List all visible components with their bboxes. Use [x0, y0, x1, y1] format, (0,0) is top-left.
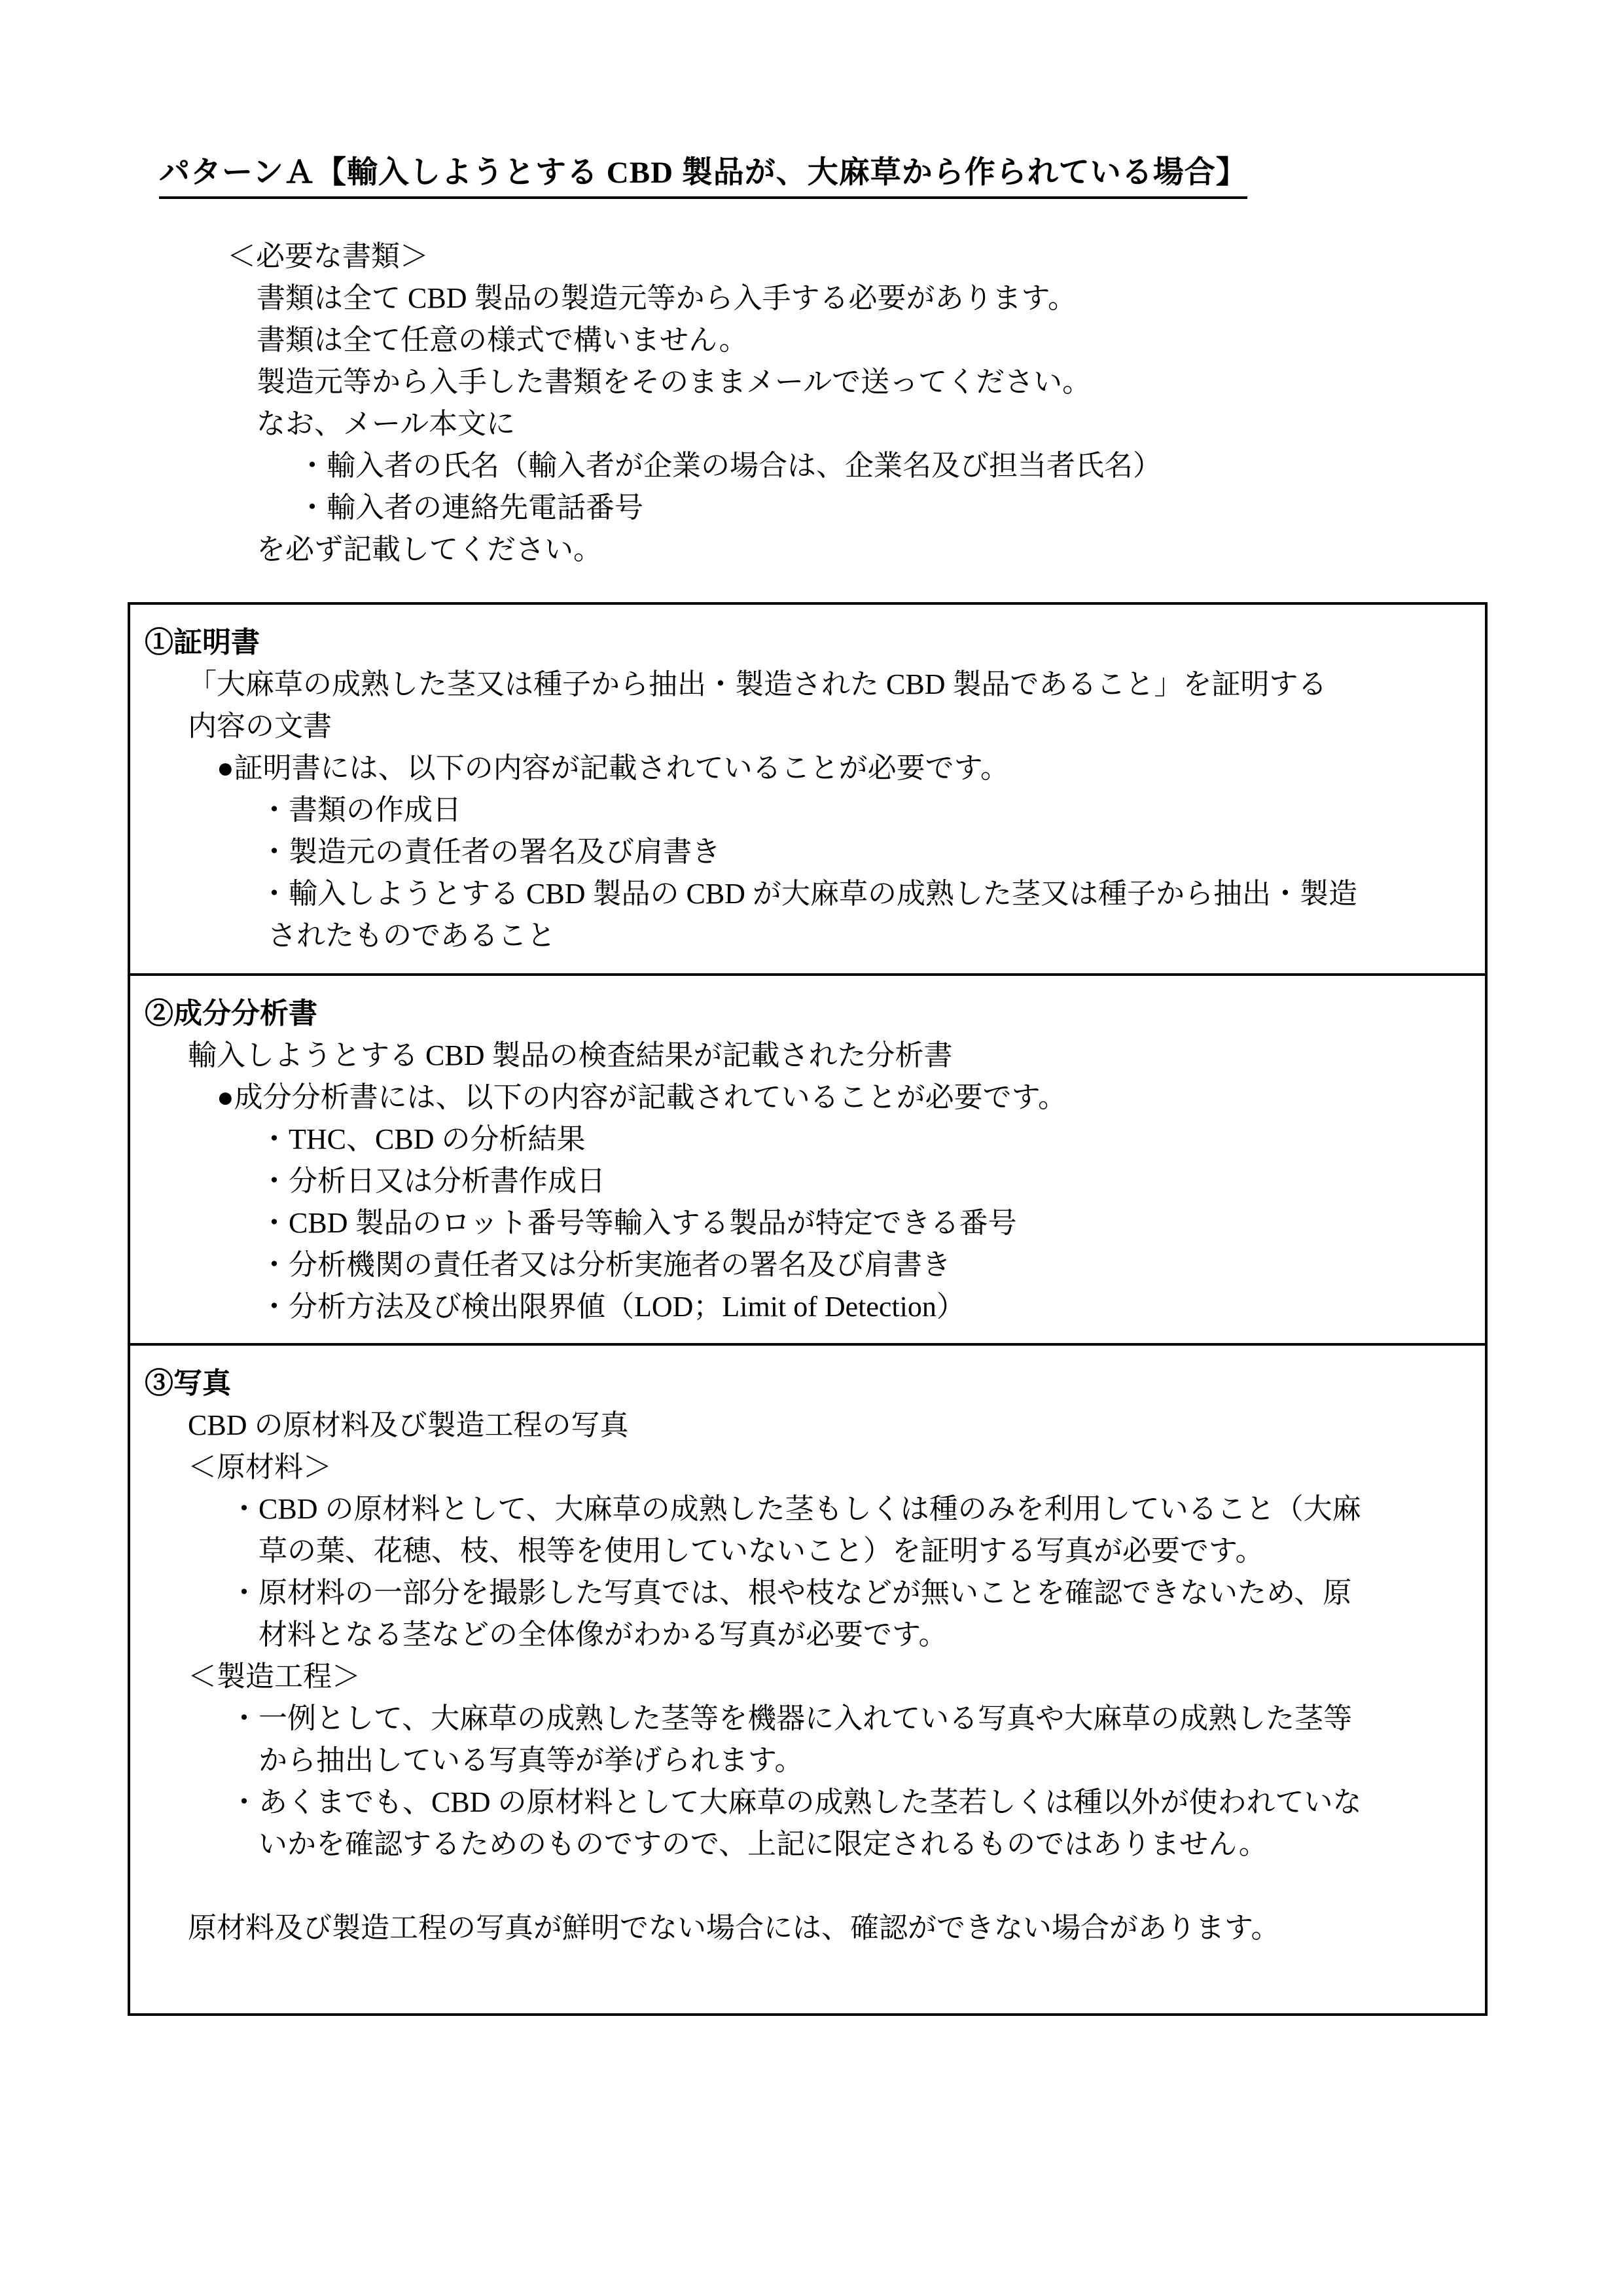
required-documents-section: ＜必要な書類＞ 書類は全て CBD 製品の製造元等から入手する必要があります。書…: [128, 236, 1495, 571]
box-analysis-report: ②成分分析書 輸入しようとする CBD 製品の検査結果が記載された分析書●成分分…: [130, 976, 1485, 1346]
text-line: ・一例として、大麻草の成熟した茎等を機器に入れている写真や大麻草の成熟した茎等: [230, 1698, 1472, 1740]
text-line: ・CBD の原材料として、大麻草の成熟した茎もしくは種のみを利用していること（大…: [230, 1488, 1472, 1530]
text-line: 製造元等から入手した書類をそのままメールで送ってください。: [257, 361, 1495, 403]
text-line: 内容の文書: [188, 706, 1472, 747]
box-photos-lines: CBD の原材料及び製造工程の写真＜原材料＞・CBD の原材料として、大麻草の成…: [130, 1405, 1472, 1949]
text-line: ・輸入しようとする CBD 製品の CBD が大麻草の成熟した茎又は種子から抽出…: [260, 873, 1472, 915]
text-line: 「大麻草の成熟した茎又は種子から抽出・製造された CBD 製品であること」を証明…: [188, 664, 1472, 706]
box-certificate-lines: 「大麻草の成熟した茎又は種子から抽出・製造された CBD 製品であること」を証明…: [130, 664, 1472, 957]
text-line: を必ず記載してください。: [257, 529, 1495, 571]
text-line: 書類は全て任意の様式で構いません。: [257, 319, 1495, 361]
text-line: されたものであること: [268, 915, 1472, 957]
text-line: CBD の原材料及び製造工程の写真: [188, 1405, 1472, 1446]
text-line: [188, 1865, 1472, 1907]
text-line: ●成分分析書には、以下の内容が記載されていることが必要です。: [217, 1077, 1472, 1119]
required-documents-lines: 書類は全て CBD 製品の製造元等から入手する必要があります。書類は全て任意の様…: [128, 278, 1495, 571]
text-line: ＜製造工程＞: [188, 1656, 1472, 1698]
text-line: 輸入しようとする CBD 製品の検査結果が記載された分析書: [188, 1035, 1472, 1077]
requirements-table: ①証明書 「大麻草の成熟した茎又は種子から抽出・製造された CBD 製品であるこ…: [128, 602, 1488, 2016]
text-line: ・分析日又は分析書作成日: [260, 1160, 1472, 1202]
text-line: ＜原材料＞: [188, 1446, 1472, 1488]
required-documents-heading: ＜必要な書類＞: [227, 236, 1495, 278]
text-line: ・製造元の責任者の署名及び肩書き: [260, 831, 1472, 873]
text-line: ・書類の作成日: [260, 789, 1472, 831]
box-photos-heading: ③写真: [145, 1363, 1472, 1405]
text-line: 原材料及び製造工程の写真が鮮明でない場合には、確認ができない場合があります。: [188, 1907, 1472, 1949]
text-line: ・分析機関の責任者又は分析実施者の署名及び肩書き: [260, 1244, 1472, 1286]
box-certificate: ①証明書 「大麻草の成熟した茎又は種子から抽出・製造された CBD 製品であるこ…: [130, 605, 1485, 976]
text-line: ・原材料の一部分を撮影した写真では、根や枝などが無いことを確認できないため、原: [230, 1572, 1472, 1614]
text-line: ●証明書には、以下の内容が記載されていることが必要です。: [217, 747, 1472, 789]
text-line: ・THC、CBD の分析結果: [260, 1119, 1472, 1160]
box-photos: ③写真 CBD の原材料及び製造工程の写真＜原材料＞・CBD の原材料として、大…: [130, 1346, 1485, 2013]
text-line: から抽出している写真等が挙げられます。: [259, 1740, 1472, 1782]
text-line: ・輸入者の氏名（輸入者が企業の場合は、企業名及び担当者氏名）: [298, 445, 1495, 487]
box-certificate-heading: ①証明書: [145, 622, 1472, 664]
box-analysis-report-heading: ②成分分析書: [145, 993, 1472, 1035]
text-line: ・輸入者の連絡先電話番号: [298, 487, 1495, 529]
document-page: パターンＡ【輸入しようとする CBD 製品が、大麻草から作られている場合】 ＜必…: [0, 0, 1623, 2296]
page-title: パターンＡ【輸入しようとする CBD 製品が、大麻草から作られている場合】: [159, 153, 1247, 199]
box-analysis-report-lines: 輸入しようとする CBD 製品の検査結果が記載された分析書●成分分析書には、以下…: [130, 1035, 1472, 1328]
text-line: いかを確認するためのものですので、上記に限定されるものではありません。: [259, 1823, 1472, 1865]
text-line: ・あくまでも、CBD の原材料として大麻草の成熟した茎若しくは種以外が使われてい…: [230, 1782, 1472, 1823]
text-line: ・分析方法及び検出限界値（LOD；Limit of Detection）: [260, 1286, 1472, 1328]
text-line: 草の葉、花穂、枝、根等を使用していないこと）を証明する写真が必要です。: [259, 1530, 1472, 1572]
text-line: 書類は全て CBD 製品の製造元等から入手する必要があります。: [257, 278, 1495, 319]
text-line: ・CBD 製品のロット番号等輸入する製品が特定できる番号: [260, 1202, 1472, 1244]
text-line: 材料となる茎などの全体像がわかる写真が必要です。: [259, 1614, 1472, 1656]
text-line: なお、メール本文に: [257, 403, 1495, 445]
